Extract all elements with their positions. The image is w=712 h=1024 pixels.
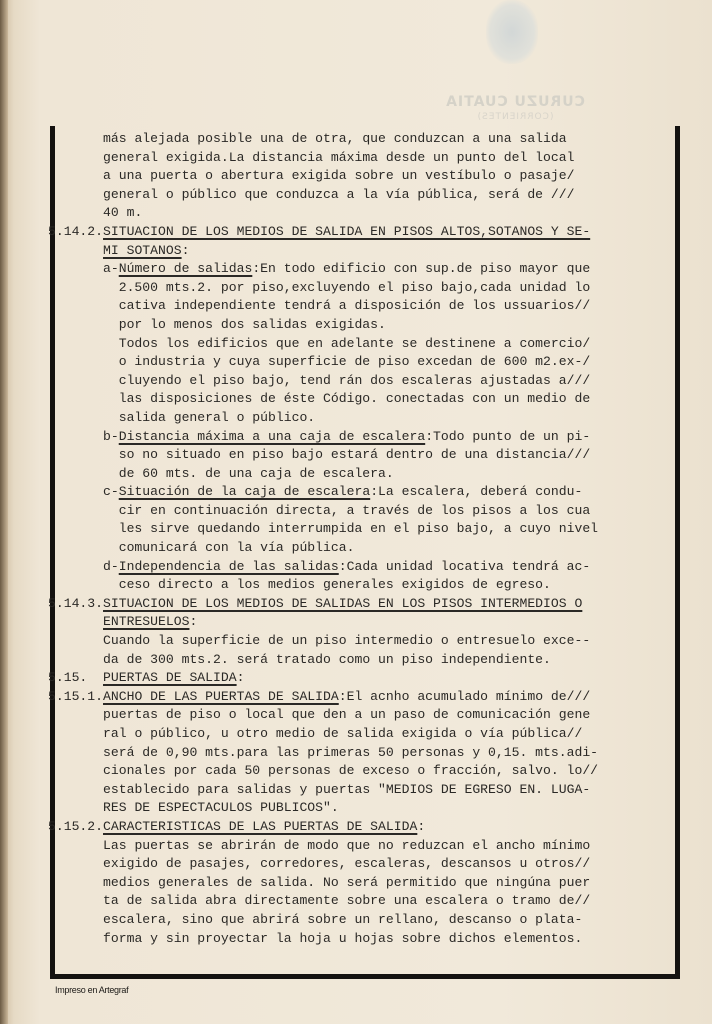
line-text: más alejada posible una de otra, que con…	[103, 131, 567, 146]
document-line: da de 300 mts.2. será tratado como un pi…	[48, 651, 688, 670]
section-title: SITUACION DE LOS MEDIOS DE SALIDAS EN LO…	[103, 596, 582, 611]
line-indent	[48, 800, 103, 815]
line-text: :Todo punto de un pi-	[425, 429, 590, 444]
document-line: Las puertas se abrirán de modo que no re…	[48, 837, 688, 856]
line-indent	[48, 931, 103, 946]
line-indent	[48, 559, 103, 574]
line-indent	[48, 150, 103, 165]
line-indent	[48, 707, 103, 722]
document-line: cionales por cada 50 personas de exceso …	[48, 762, 688, 781]
line-text: escalera, sino que abrirá sobre un rella…	[103, 912, 582, 927]
line-text: ta de salida abra directamente sobre una…	[103, 893, 590, 908]
document-line: establecido para salidas y puertas "MEDI…	[48, 781, 688, 800]
section-title: Distancia máxima a una caja de escalera	[119, 429, 425, 444]
section-number: d-	[103, 559, 119, 574]
line-text: las disposiciones de éste Código. conect…	[119, 391, 590, 406]
section-number: 5.15.2.	[48, 819, 103, 834]
section-heading-line: c-Situación de la caja de escalera:La es…	[48, 483, 688, 502]
section-number: 5.15.	[48, 670, 103, 685]
document-line: exigido de pasajes, corredores, escalera…	[48, 855, 688, 874]
line-text: :En todo edificio con sup.de piso mayor …	[252, 261, 590, 276]
line-text: :Cada unidad locativa tendrá ac-	[339, 559, 590, 574]
line-indent	[48, 875, 103, 890]
line-indent	[48, 652, 103, 667]
line-indent	[48, 131, 103, 146]
document-line: 40 m.	[48, 204, 688, 223]
section-title: Independencia de las salidas	[119, 559, 339, 574]
line-indent	[48, 168, 103, 183]
line-indent	[48, 410, 119, 425]
document-line: salida general o público.	[48, 409, 688, 428]
section-heading-line: 5.15.1.ANCHO DE LAS PUERTAS DE SALIDA:El…	[48, 688, 688, 707]
line-indent	[48, 261, 103, 276]
line-text: forma y sin proyectar la hoja u hojas so…	[103, 931, 582, 946]
section-heading-line: 5.15.2.CARACTERISTICAS DE LAS PUERTAS DE…	[48, 818, 688, 837]
line-text: exigido de pasajes, corredores, escalera…	[103, 856, 590, 871]
line-indent	[48, 521, 119, 536]
document-line: de 60 mts. de una caja de escalera.	[48, 465, 688, 484]
section-number: c-	[103, 484, 119, 499]
line-indent	[48, 447, 119, 462]
document-line: por lo menos dos salidas exigidas.	[48, 316, 688, 335]
section-heading-line: ENTRESUELOS:	[48, 613, 688, 632]
line-indent	[48, 540, 119, 555]
section-heading-line: 5.14.2.SITUACION DE LOS MEDIOS DE SALIDA…	[48, 223, 688, 242]
section-title: SITUACION DE LOS MEDIOS DE SALIDA EN PIS…	[103, 224, 590, 239]
line-indent	[48, 298, 119, 313]
document-line: RES DE ESPECTACULOS PUBLICOS".	[48, 799, 688, 818]
document-line: escalera, sino que abrirá sobre un rella…	[48, 911, 688, 930]
section-title: Situación de la caja de escalera	[119, 484, 370, 499]
section-title: CARACTERISTICAS DE LAS PUERTAS DE SALIDA	[103, 819, 417, 834]
line-text: :	[189, 614, 197, 629]
line-text: RES DE ESPECTACULOS PUBLICOS".	[103, 800, 339, 815]
line-text: cionales por cada 50 personas de exceso …	[103, 763, 598, 778]
line-text: por lo menos dos salidas exigidas.	[119, 317, 386, 332]
line-indent	[48, 856, 103, 871]
section-number: a-	[103, 261, 119, 276]
line-text: será de 0,90 mts.para las primeras 50 pe…	[103, 745, 598, 760]
line-indent	[48, 782, 103, 797]
line-indent	[48, 633, 103, 648]
document-line: medios generales de salida. No será perm…	[48, 874, 688, 893]
line-indent	[48, 317, 119, 332]
section-title: ENTRESUELOS	[103, 614, 189, 629]
line-text: salida general o público.	[119, 410, 315, 425]
document-line: comunicará con la vía pública.	[48, 539, 688, 558]
line-indent	[48, 391, 119, 406]
document-line: Cuando la superficie de un piso intermed…	[48, 632, 688, 651]
document-line: general exigida.La distancia máxima desd…	[48, 149, 688, 168]
line-indent	[48, 893, 103, 908]
line-text: da de 300 mts.2. será tratado como un pi…	[103, 652, 551, 667]
line-indent	[48, 577, 119, 592]
line-indent	[48, 336, 119, 351]
section-heading-line: 5.14.3.SITUACION DE LOS MEDIOS DE SALIDA…	[48, 595, 688, 614]
section-title: MI SOTANOS	[103, 243, 182, 258]
document-line: so no situado en piso bajo estará dentro…	[48, 446, 688, 465]
watermark-seal-icon	[486, 0, 538, 64]
line-text: general exigida.La distancia máxima desd…	[103, 150, 574, 165]
line-text: establecido para salidas y puertas "MEDI…	[103, 782, 590, 797]
line-text: ral o público, u otro medio de salida ex…	[103, 726, 582, 741]
section-title: PUERTAS DE SALIDA	[103, 670, 237, 685]
document-line: forma y sin proyectar la hoja u hojas so…	[48, 930, 688, 949]
line-text: so no situado en piso bajo estará dentro…	[119, 447, 590, 462]
section-number: b-	[103, 429, 119, 444]
section-heading-line: b-Distancia máxima a una caja de escaler…	[48, 428, 688, 447]
document-line: cir en continuación directa, a través de…	[48, 502, 688, 521]
section-heading-line: d-Independencia de las salidas:Cada unid…	[48, 558, 688, 577]
line-text: les sirve quedando interrumpida en el pi…	[119, 521, 598, 536]
line-indent	[48, 838, 103, 853]
line-text: comunicará con la vía pública.	[119, 540, 355, 555]
line-indent	[48, 243, 103, 258]
watermark-subtext: (CORRIENTES)	[440, 112, 590, 122]
line-text: de 60 mts. de una caja de escalera.	[119, 466, 394, 481]
line-text: :La escalera, deberá condu-	[370, 484, 582, 499]
line-text: puertas de piso o local que den a un pas…	[103, 707, 590, 722]
document-line: ral o público, u otro medio de salida ex…	[48, 725, 688, 744]
line-indent	[48, 466, 119, 481]
line-text: 40 m.	[103, 205, 142, 220]
document-line: cluyendo el piso bajo, tend rán dos esca…	[48, 372, 688, 391]
line-indent	[48, 187, 103, 202]
document-line: cativa independiente tendrá a disposició…	[48, 297, 688, 316]
line-text: :El acnho acumulado mínimo de///	[339, 689, 590, 704]
binding-shadow	[0, 0, 8, 1024]
line-text: medios generales de salida. No será perm…	[103, 875, 590, 890]
document-line: general o público que conduzca a la vía …	[48, 186, 688, 205]
line-indent	[48, 373, 119, 388]
line-indent	[48, 280, 119, 295]
section-title: ANCHO DE LAS PUERTAS DE SALIDA	[103, 689, 339, 704]
document-line: ceso directo a los medios generales exig…	[48, 576, 688, 595]
section-heading-line: 5.15. PUERTAS DE SALIDA:	[48, 669, 688, 688]
watermark-text: CURUZU CUATIA	[440, 94, 590, 110]
document-body: más alejada posible una de otra, que con…	[48, 130, 688, 948]
section-heading-line: a-Número de salidas:En todo edificio con…	[48, 260, 688, 279]
section-number: 5.14.2.	[48, 224, 103, 239]
line-indent	[48, 745, 103, 760]
line-text: 2.500 mts.2. por piso,excluyendo el piso…	[119, 280, 590, 295]
line-indent	[48, 912, 103, 927]
line-text: cativa independiente tendrá a disposició…	[119, 298, 590, 313]
line-indent	[48, 354, 119, 369]
line-indent	[48, 484, 103, 499]
line-text: Todos los edificios que en adelante se d…	[119, 336, 590, 351]
line-text: a una puerta o abertura exigida sobre un…	[103, 168, 574, 183]
line-indent	[48, 503, 119, 518]
line-indent	[48, 614, 103, 629]
line-indent	[48, 763, 103, 778]
line-text: cluyendo el piso bajo, tend rán dos esca…	[119, 373, 590, 388]
document-line: las disposiciones de éste Código. conect…	[48, 390, 688, 409]
document-line: a una puerta o abertura exigida sobre un…	[48, 167, 688, 186]
line-text: ceso directo a los medios generales exig…	[119, 577, 551, 592]
section-number: 5.14.3.	[48, 596, 103, 611]
line-indent	[48, 205, 103, 220]
line-indent	[48, 726, 103, 741]
section-number: 5.15.1.	[48, 689, 103, 704]
line-text: general o público que conduzca a la vía …	[103, 187, 574, 202]
line-text: :	[417, 819, 425, 834]
document-line: 2.500 mts.2. por piso,excluyendo el piso…	[48, 279, 688, 298]
printer-imprint: Impreso en Artegraf	[55, 985, 128, 995]
line-text: o industria y cuya superficie de piso ex…	[119, 354, 590, 369]
section-heading-line: MI SOTANOS:	[48, 242, 688, 261]
document-line: ta de salida abra directamente sobre una…	[48, 892, 688, 911]
line-text: Cuando la superficie de un piso intermed…	[103, 633, 590, 648]
line-indent	[48, 429, 103, 444]
line-text: Las puertas se abrirán de modo que no re…	[103, 838, 590, 853]
document-line: más alejada posible una de otra, que con…	[48, 130, 688, 149]
document-line: les sirve quedando interrumpida en el pi…	[48, 520, 688, 539]
line-text: :	[182, 243, 190, 258]
document-line: Todos los edificios que en adelante se d…	[48, 335, 688, 354]
document-line: puertas de piso o local que den a un pas…	[48, 706, 688, 725]
line-text: cir en continuación directa, a través de…	[119, 503, 590, 518]
document-line: o industria y cuya superficie de piso ex…	[48, 353, 688, 372]
section-title: Número de salidas	[119, 261, 253, 276]
line-text: :	[237, 670, 245, 685]
document-line: será de 0,90 mts.para las primeras 50 pe…	[48, 744, 688, 763]
